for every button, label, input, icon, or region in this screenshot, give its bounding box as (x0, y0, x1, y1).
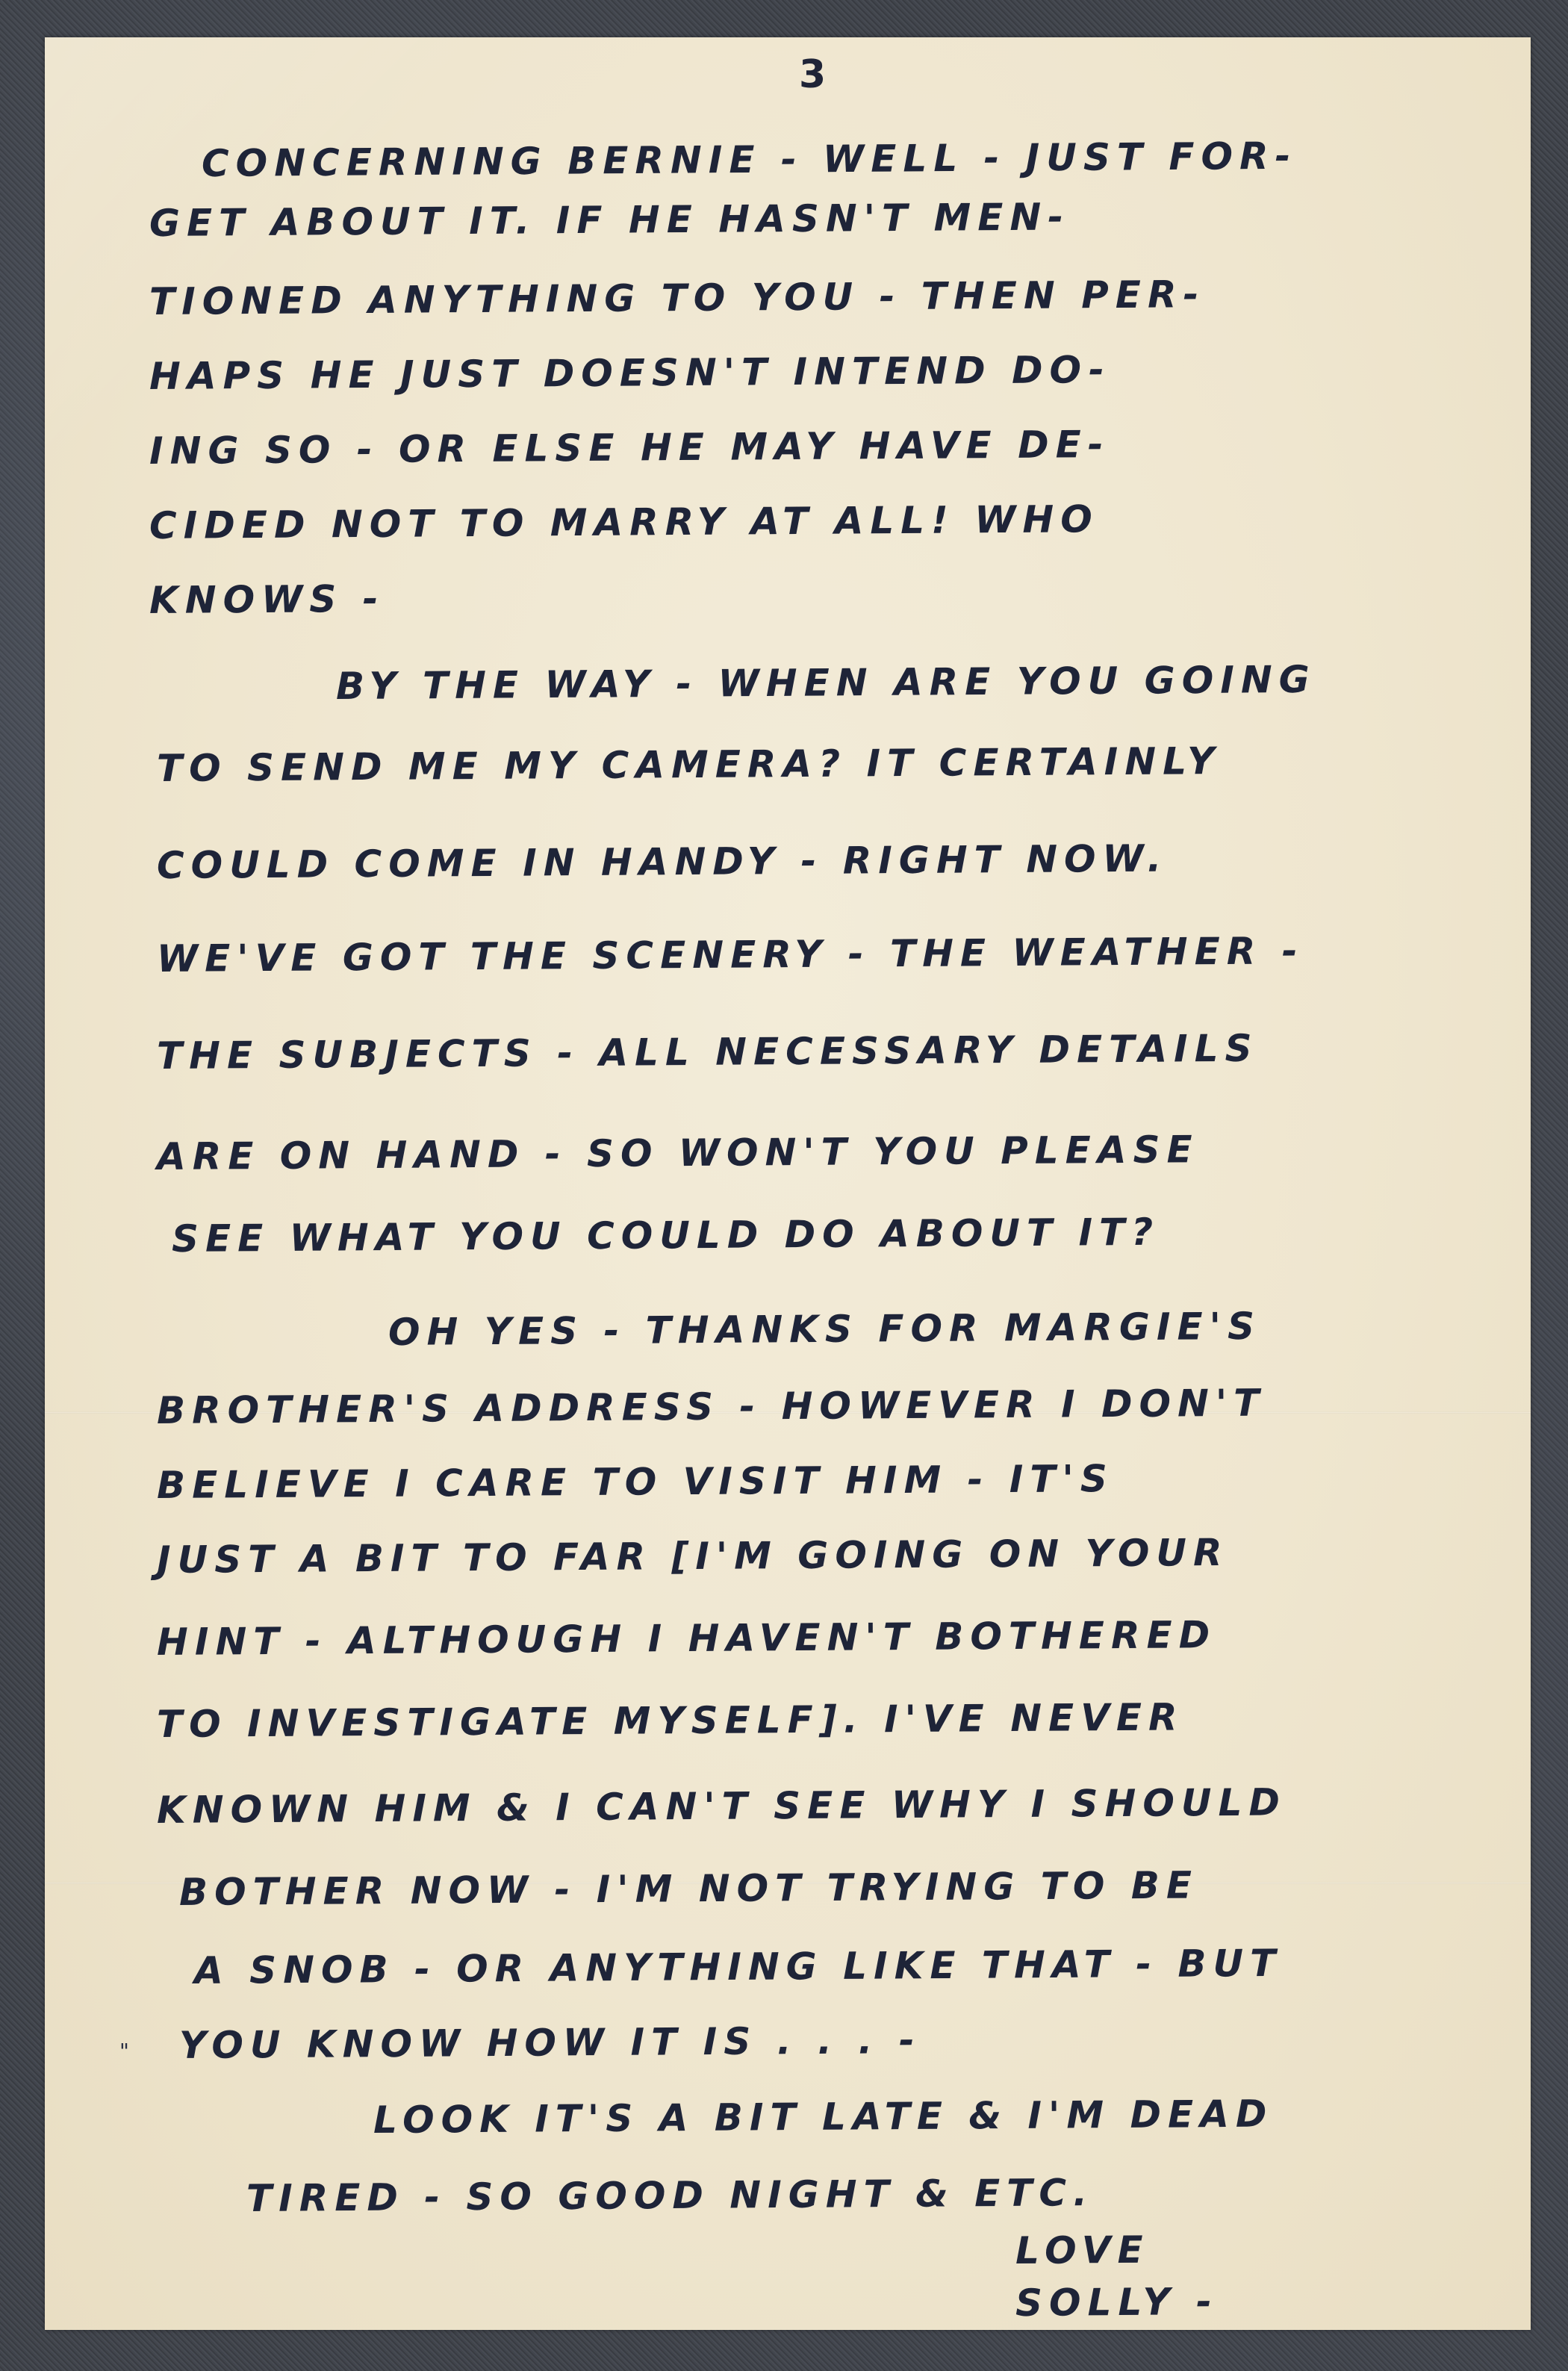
letter-line: are on hand - So won't you please (157, 1128, 1199, 1178)
page-number: 3 (799, 52, 826, 97)
letter-line: you know how it is . . . - (179, 2019, 921, 2067)
letter-line: hint - although I haven't bothered (157, 1613, 1217, 1664)
letter-line: a snob - or anything like that - but (194, 1942, 1283, 1992)
letter-line: Concerning Bernie - well - just for- (202, 134, 1298, 185)
letter-closing: Love (1015, 2228, 1150, 2272)
letter-line: just a bit to far [I'm going on your (157, 1531, 1229, 1582)
letter-line: to investigate myself]. I've never (157, 1695, 1184, 1746)
letter-line: Look it's a bit late & I'm dead (373, 2092, 1274, 2142)
letter-line: get about it. If he hasn't men- (149, 195, 1070, 245)
letter-line: By the way - when are you going (336, 658, 1316, 708)
letter-line: We've got the scenery - the weather - (157, 929, 1304, 981)
letter-line: Oh yes - thanks for Margie's (388, 1305, 1261, 1354)
letter-line: knows - (149, 577, 385, 622)
letter-line: to send me my camera? It certainly (157, 739, 1222, 790)
stray-ink-mark: " (119, 2039, 129, 2063)
letter-line: could come in handy - right now. (157, 837, 1169, 887)
letter-line: tired - so good night & etc. (246, 2171, 1095, 2220)
letter-line: bother now - I'm not trying to be (179, 1863, 1198, 1914)
letter-line: haps he just doesn't intend do- (149, 348, 1111, 398)
letter-line: cided not to marry at all! Who (149, 497, 1099, 547)
letter-page: 3 Concerning Bernie - well - just for- g… (45, 37, 1531, 2330)
letter-line: tioned anything to you - then per- (149, 273, 1206, 323)
letter-line: known him & I can't see why I should (157, 1780, 1287, 1832)
letter-line: ing so - or else he may have de- (149, 423, 1110, 473)
letter-line: the subjects - all necessary details (157, 1027, 1259, 1078)
letter-signature: Solly - (1015, 2280, 1219, 2325)
letter-line: brother's address - however I don't (157, 1382, 1266, 1432)
letter-line: see what you could do about it? (172, 1211, 1160, 1261)
letter-line: believe I care to visit him - it's (157, 1457, 1114, 1507)
